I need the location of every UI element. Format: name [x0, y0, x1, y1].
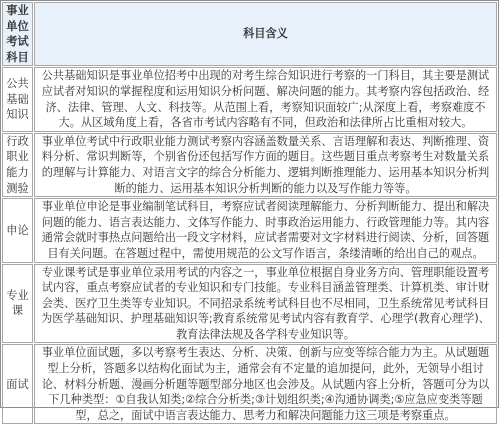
- header-subject-line: 考试: [3, 34, 32, 50]
- subject-cell: 面试: [2, 344, 33, 410]
- subject-cell: 申论: [2, 198, 33, 262]
- subject-line: 行政: [3, 134, 32, 150]
- table-header-row: 事业 单位 考试 科目 科目含义: [2, 2, 497, 66]
- subject-cell: 公共 基础 知识: [2, 67, 33, 131]
- header-meaning-column: 科目含义: [34, 2, 497, 66]
- subject-line: 面试: [3, 377, 32, 393]
- subject-line: 专业: [3, 288, 32, 304]
- meaning-cell: 事业单位面试题，多以考察考生表达、分析、决策、创新与应变等综合能力为主。从试题题…: [34, 344, 497, 410]
- table-row-public-basics: 公共 基础 知识 公共基础知识是事业单位招考中出现的对考生综合知识进行考察的一门…: [2, 67, 497, 131]
- meaning-cell: 事业单位考试中行政职业能力测试考察内容涵盖数量关系、言语理解和表达、判断推理、资…: [34, 133, 497, 197]
- subject-line: 职业: [3, 149, 32, 165]
- table-row-interview: 面试 事业单位面试题，多以考察考生表达、分析、决策、创新与应变等综合能力为主。从…: [2, 344, 497, 410]
- header-subject-column: 事业 单位 考试 科目: [2, 2, 33, 66]
- exam-subjects-table: 事业 单位 考试 科目 科目含义 公共 基础 知识 公共基础知识是事业单位招考中…: [1, 1, 498, 410]
- subject-line: 基础: [3, 92, 32, 108]
- table-row-aptitude-test: 行政 职业 能力 测验 事业单位考试中行政职业能力测试考察内容涵盖数量关系、言语…: [2, 133, 497, 197]
- meaning-cell: 专业课考试是事业单位录用考试的内容之一，事业单位根据自身业务方向、管理职能设置考…: [34, 264, 497, 344]
- subject-line: 公共: [3, 76, 32, 92]
- subject-cell: 行政 职业 能力 测验: [2, 133, 33, 197]
- header-subject-line: 事业: [3, 3, 32, 19]
- table-row-essay: 申论 事业单位申论是事业编制笔试科目，考察应试者阅读理解能力、分析判断能力、提出…: [2, 198, 497, 262]
- meaning-cell: 事业单位申论是事业编制笔试科目，考察应试者阅读理解能力、分析判断能力、提出和解决…: [34, 198, 497, 262]
- subject-line: 能力: [3, 165, 32, 181]
- meaning-cell: 公共基础知识是事业单位招考中出现的对考生综合知识进行考察的一门科目，其主要是测试…: [34, 67, 497, 131]
- subject-line: 测验: [3, 181, 32, 197]
- exam-subjects-table-container: 事业 单位 考试 科目 科目含义 公共 基础 知识 公共基础知识是事业单位招考中…: [0, 0, 499, 408]
- header-subject-line: 单位: [3, 19, 32, 35]
- table-row-professional-course: 专业 课 专业课考试是事业单位录用考试的内容之一，事业单位根据自身业务方向、管理…: [2, 264, 497, 344]
- subject-line: 课: [3, 303, 32, 319]
- header-subject-line: 科目: [3, 50, 32, 66]
- subject-line: 申论: [3, 223, 32, 239]
- subject-line: 知识: [3, 107, 32, 123]
- subject-cell: 专业 课: [2, 264, 33, 344]
